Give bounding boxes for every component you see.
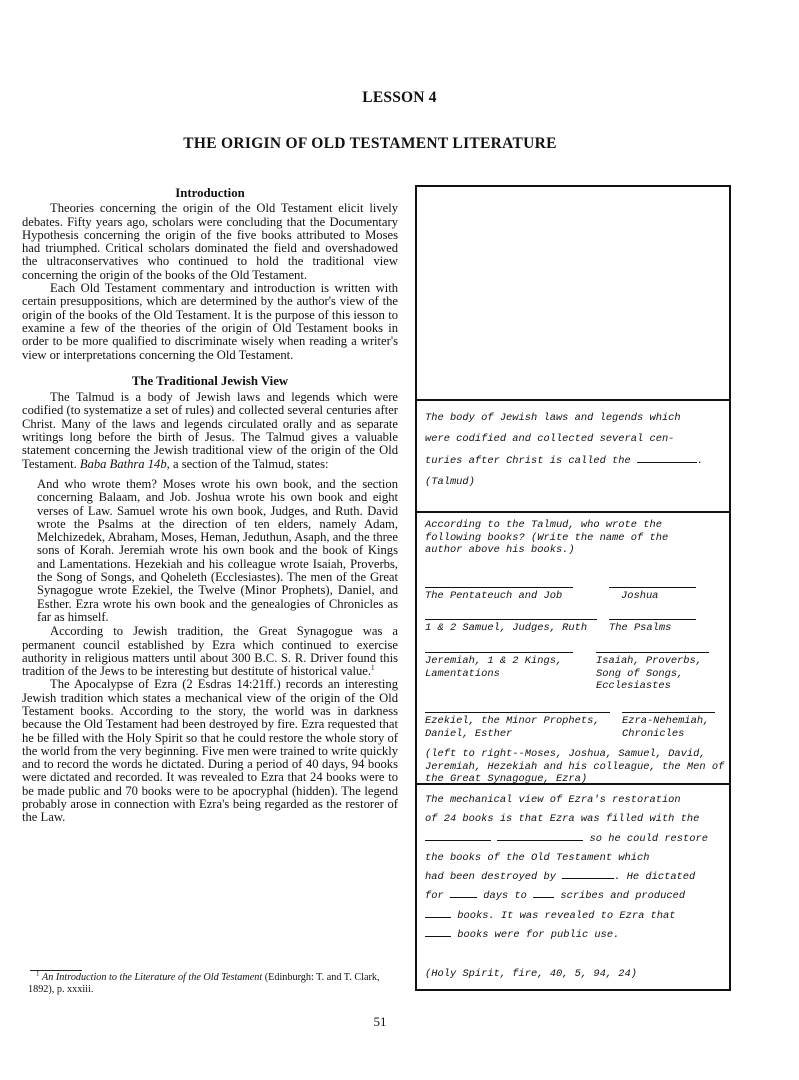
- frame1-period: .: [697, 455, 703, 467]
- book-label: 1 & 2 Samuel, Judges, Ruth: [425, 622, 597, 635]
- footnote-title: An Introduction to the Literature of the…: [42, 972, 262, 983]
- answer-blank[interactable]: [425, 926, 451, 937]
- frame3-line3-text: so he could restore: [590, 833, 708, 845]
- talmud-paragraph-tail: , a section of the Talmud, states:: [167, 457, 329, 471]
- author-item: Jeremiah, 1 & 2 Kings, Lamentations: [425, 652, 573, 680]
- book-label: Joshua: [609, 590, 696, 603]
- frame3-line7: books. It was revealed to Ezra that: [425, 907, 721, 926]
- book-label: Song of Songs,: [596, 668, 709, 681]
- frame3-answer: (Holy Spirit, fire, 40, 5, 94, 24): [425, 965, 721, 984]
- author-item: Isaiah, Proverbs, Song of Songs, Ecclesi…: [596, 652, 709, 693]
- book-label: Ezekiel, the Minor Prophets,: [425, 715, 610, 728]
- answer-blank[interactable]: [562, 868, 614, 879]
- author-answer-line[interactable]: [425, 652, 573, 653]
- intro-paragraph-2: Each Old Testament commentary and introd…: [22, 282, 398, 362]
- book-label: Lamentations: [425, 668, 573, 681]
- frame2-answer: (left to right--Moses, Joshua, Samuel, D…: [425, 748, 725, 786]
- lesson-title: THE ORIGIN OF OLD TESTAMENT LITERATURE: [0, 135, 740, 153]
- frame3-line7-text: books. It was revealed to Ezra that: [457, 910, 675, 922]
- lesson-number: LESSON 4: [0, 89, 799, 107]
- blank-frame: [417, 187, 729, 399]
- answer-blank[interactable]: [497, 830, 583, 841]
- book-label: The Pentateuch and Job: [425, 590, 573, 603]
- book-label: Daniel, Esther: [425, 728, 610, 741]
- frame2-prompt: According to the Talmud, who wrote the f…: [425, 519, 690, 557]
- answer-blank[interactable]: [425, 830, 491, 841]
- great-synagogue-paragraph: According to Jewish tradition, the Great…: [22, 625, 398, 678]
- apocalypse-of-ezra-paragraph: The Apocalypse of Ezra (2 Esdras 14:21ff…: [22, 678, 398, 824]
- frame-authors: According to the Talmud, who wrote the f…: [417, 511, 729, 783]
- frame-talmud: The body of Jewish laws and legends whic…: [417, 399, 729, 511]
- answer-blank[interactable]: [425, 907, 451, 918]
- answer-blank[interactable]: [637, 452, 697, 463]
- answer-blank[interactable]: [533, 887, 554, 898]
- frame1-line1: The body of Jewish laws and legends whic…: [425, 408, 721, 429]
- author-answer-line[interactable]: [609, 619, 696, 620]
- author-answer-line[interactable]: [425, 587, 573, 588]
- frame3-line2: of 24 books is that Ezra was filled with…: [425, 810, 721, 829]
- frame3-line5: had been destroyed by . He dictated: [425, 868, 721, 887]
- frame3-line8: books were for public use.: [425, 926, 721, 945]
- book-label: Ecclesiastes: [596, 680, 709, 693]
- book-label: Isaiah, Proverbs,: [596, 655, 709, 668]
- frame3-line5-text: had been destroyed by: [425, 871, 556, 883]
- author-answer-line[interactable]: [425, 712, 610, 713]
- answer-blank[interactable]: [450, 887, 477, 898]
- author-item: 1 & 2 Samuel, Judges, Ruth: [425, 619, 597, 635]
- author-answer-line[interactable]: [609, 587, 696, 588]
- workbook-frames: The body of Jewish laws and legends whic…: [415, 185, 731, 991]
- author-answer-line[interactable]: [425, 619, 597, 620]
- frame3-line6: for days to scribes and produced: [425, 887, 721, 906]
- frame1-line3: turies after Christ is called the .: [425, 451, 721, 472]
- talmud-paragraph: The Talmud is a body of Jewish laws and …: [22, 391, 398, 471]
- footnote-reference[interactable]: 1: [371, 664, 375, 672]
- traditional-view-heading: The Traditional Jewish View: [22, 375, 398, 388]
- frame3-line3: so he could restore: [425, 830, 721, 849]
- great-synagogue-text: According to Jewish tradition, the Great…: [22, 624, 398, 678]
- author-item: Joshua: [609, 587, 696, 603]
- author-answer-line[interactable]: [622, 712, 715, 713]
- author-item: Ezekiel, the Minor Prophets, Daniel, Est…: [425, 712, 610, 740]
- frame1-line2: were codified and collected several cen-: [425, 429, 721, 450]
- main-text-column: Introduction Theories concerning the ori…: [22, 187, 398, 825]
- frame3-line6-a: for: [425, 890, 444, 902]
- baba-bathra-quote: And who wrote them? Moses wrote his own …: [37, 478, 398, 624]
- intro-paragraph-1: Theories concerning the origin of the Ol…: [22, 202, 398, 282]
- author-item: Ezra-Nehemiah, Chronicles: [622, 712, 715, 740]
- author-item: The Pentateuch and Job: [425, 587, 573, 603]
- frame3-line6-c: scribes and produced: [560, 890, 685, 902]
- frame3-line8-text: books were for public use.: [457, 929, 619, 941]
- page-number: 51: [0, 1014, 760, 1030]
- book-label: Chronicles: [622, 728, 715, 741]
- baba-bathra-reference: Baba Bathra 14b: [80, 457, 167, 471]
- frame3-line5-end: . He dictated: [614, 871, 695, 883]
- frame3-line4: the books of the Old Testament which: [425, 849, 721, 868]
- book-label: The Psalms: [609, 622, 696, 635]
- frame-ezra: The mechanical view of Ezra's restoratio…: [417, 783, 729, 989]
- author-answer-line[interactable]: [596, 652, 709, 653]
- footnote: 1 An Introduction to the Literature of t…: [28, 972, 398, 996]
- book-label: Jeremiah, 1 & 2 Kings,: [425, 655, 573, 668]
- frame3-line1: The mechanical view of Ezra's restoratio…: [425, 791, 721, 810]
- book-label: Ezra-Nehemiah,: [622, 715, 715, 728]
- frame3-line6-b: days to: [483, 890, 527, 902]
- author-item: The Psalms: [609, 619, 696, 635]
- footnote-mark: 1: [36, 970, 40, 978]
- frame1-answer: (Talmud): [425, 472, 721, 493]
- frame1-line3-text: turies after Christ is called the: [425, 455, 631, 467]
- introduction-heading: Introduction: [22, 187, 398, 200]
